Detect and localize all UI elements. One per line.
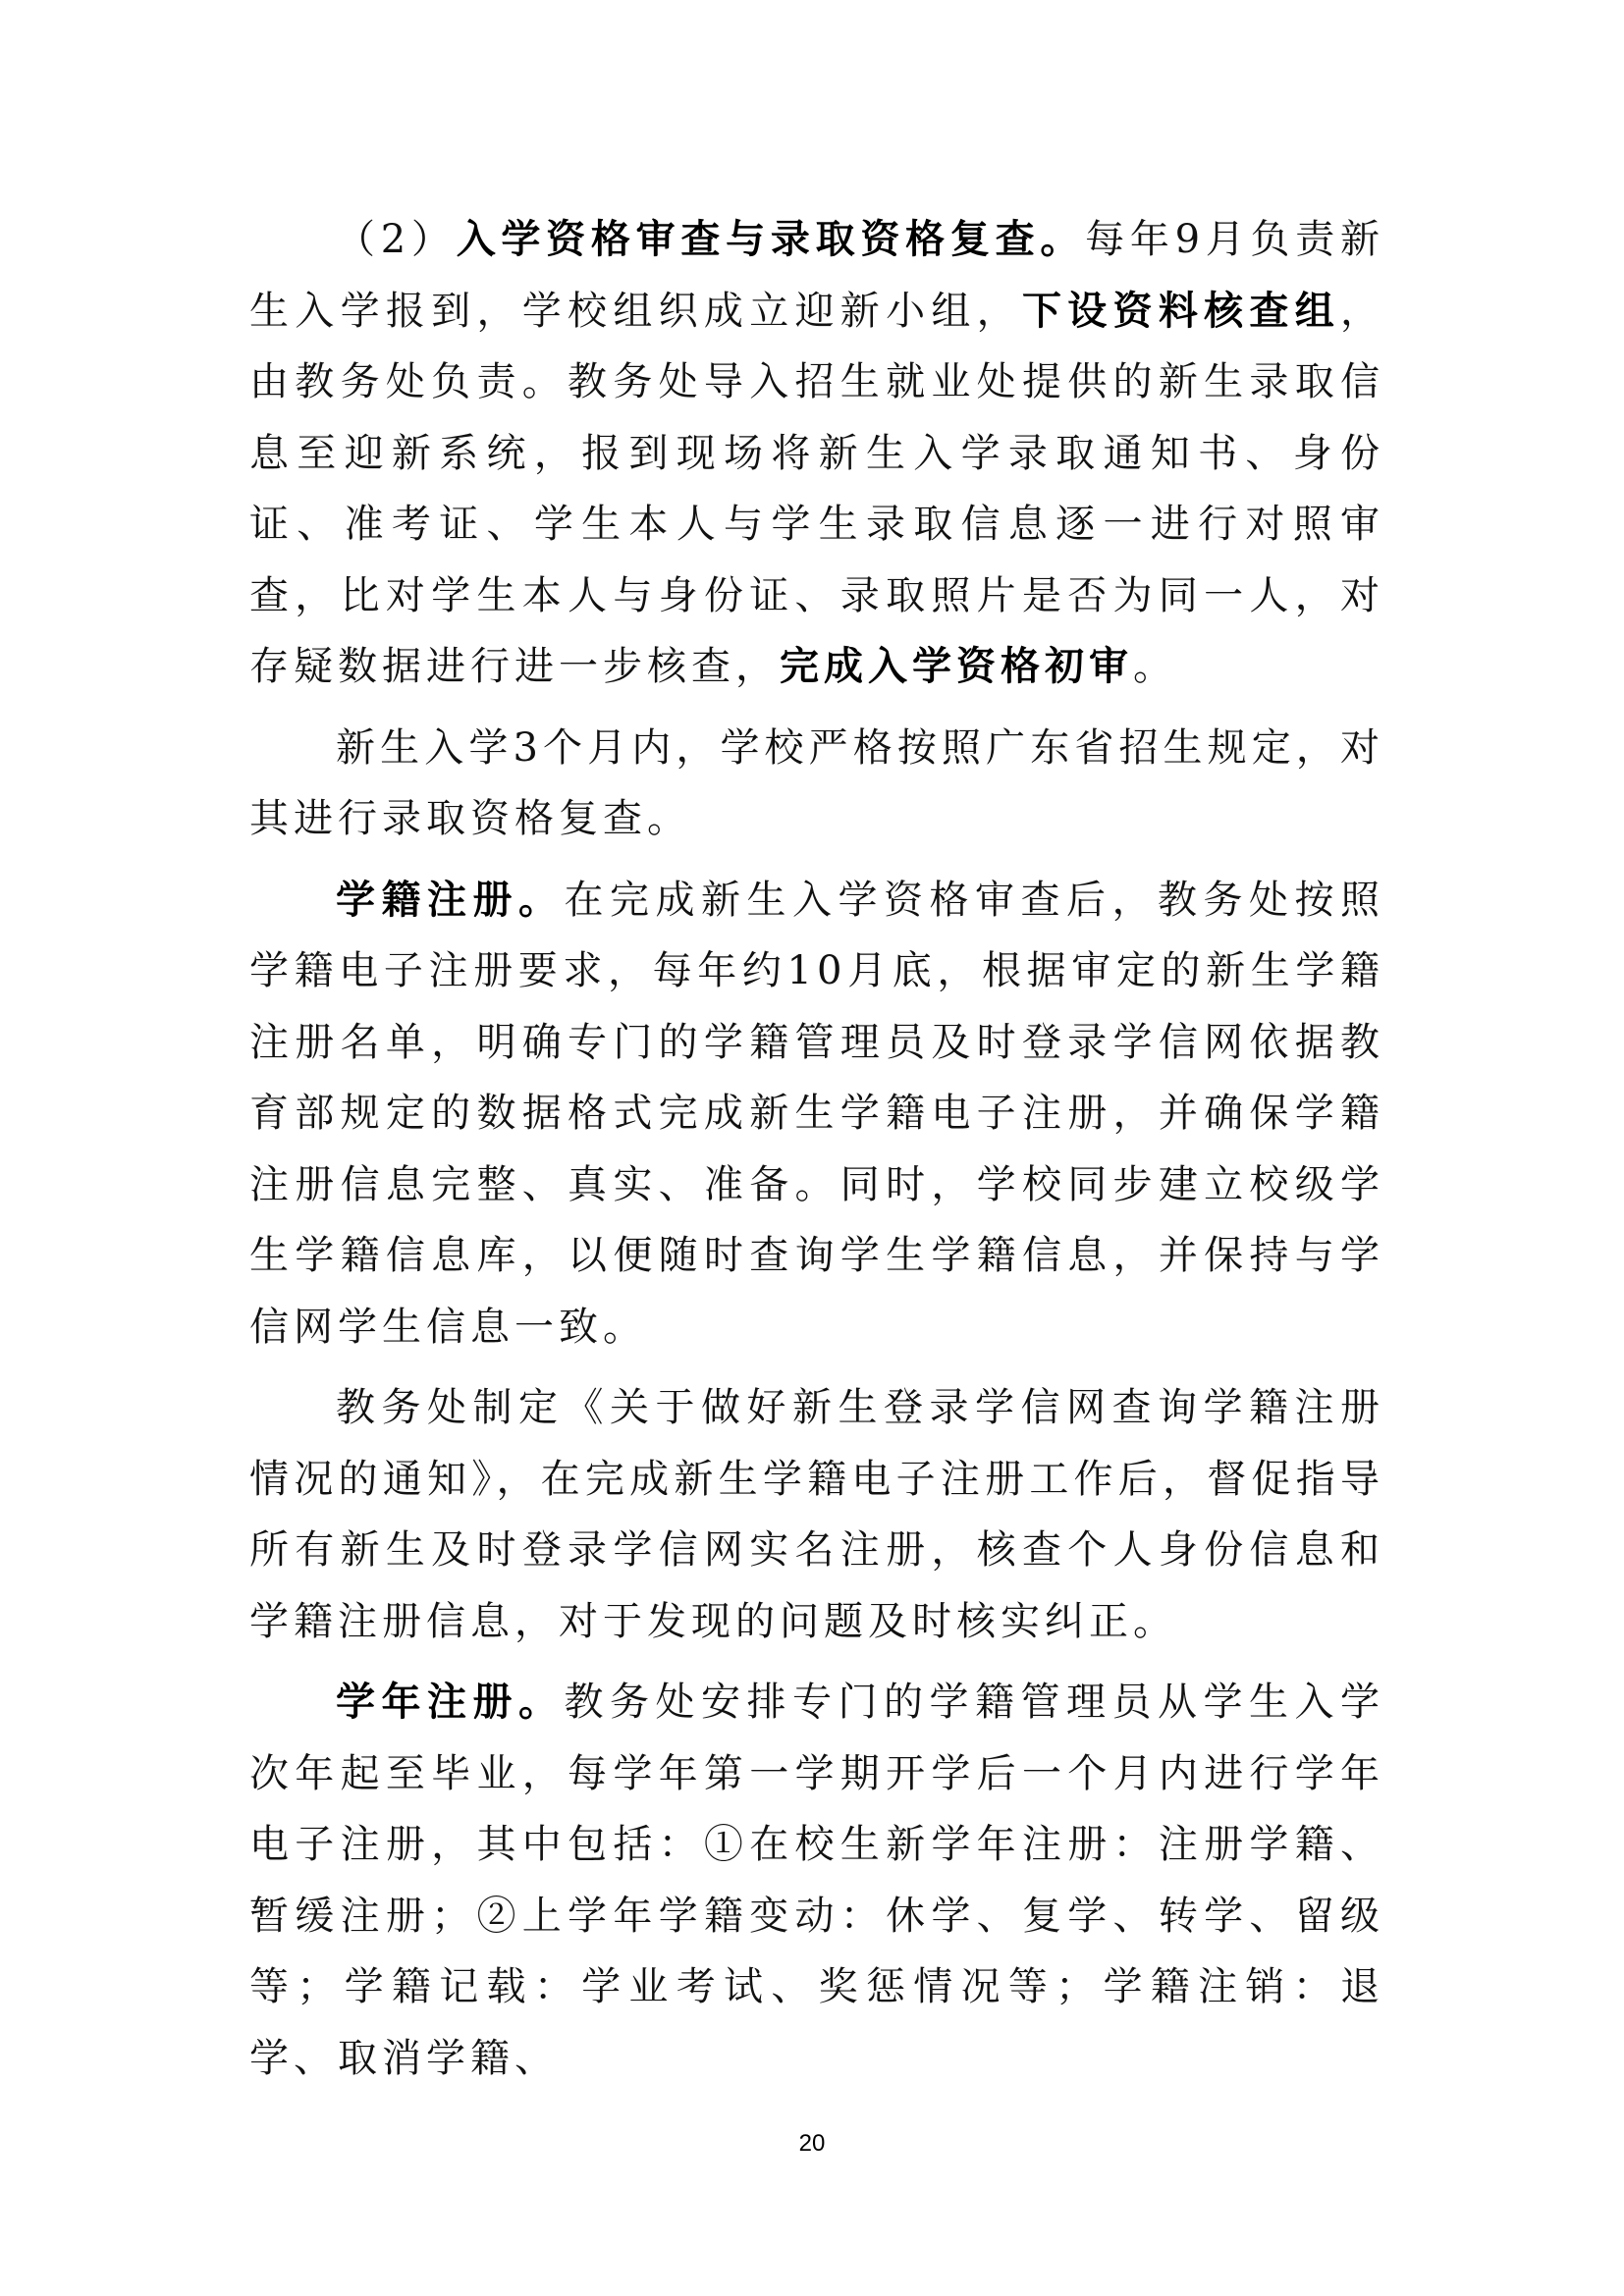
paragraph-enrollment-registration: 学籍注册。在完成新生入学资格审查后，教务处按照学籍电子注册要求，每年约10月底，… bbox=[249, 865, 1384, 1363]
paragraph-gap bbox=[249, 1657, 1384, 1667]
document-body: （2）入学资格审查与录取资格复查。每年9月负责新生入学报到，学校组织成立迎新小组… bbox=[249, 204, 1384, 2094]
text-segment: ，由教务处负责。教务处导入招生就业处提供的新生录取信息至迎新系统，报到现场将新生… bbox=[249, 289, 1384, 690]
text-segment: 教务处制定《关于做好新生登录学信网查询学籍注册情况的通知》，在完成新生学籍电子注… bbox=[249, 1385, 1384, 1644]
heading-enrollment-registration: 学籍注册。 bbox=[336, 878, 565, 923]
paragraph-annual-registration: 学年注册。教务处安排专门的学籍管理员从学生入学次年起至毕业，每学年第一学期开学后… bbox=[249, 1667, 1384, 2094]
paragraph-gap bbox=[249, 703, 1384, 713]
text-segment: 在完成新生入学资格审查后，教务处按照学籍电子注册要求，每年约10月底，根据审定的… bbox=[249, 878, 1384, 1350]
heading-admission-qualification-review: 入学资格审查与录取资格复查。 bbox=[457, 217, 1085, 262]
paragraph-recheck: 新生入学3个月内，学校严格按照广东省招生规定，对其进行录取资格复查。 bbox=[249, 713, 1384, 855]
emphasis-preliminary-review: 完成入学资格初审 bbox=[780, 644, 1133, 689]
paragraph-gap bbox=[249, 855, 1384, 865]
text-segment: 。 bbox=[1133, 644, 1177, 689]
page-number: 20 bbox=[0, 2130, 1624, 2158]
heading-annual-registration: 学年注册。 bbox=[336, 1680, 565, 1725]
paragraph-gap bbox=[249, 1362, 1384, 1372]
emphasis-document-check-group: 下设资料核查组 bbox=[1022, 289, 1340, 334]
text-segment: 新生入学3个月内，学校严格按照广东省招生规定，对其进行录取资格复查。 bbox=[249, 725, 1384, 842]
paragraph-notice: 教务处制定《关于做好新生登录学信网查询学籍注册情况的通知》，在完成新生学籍电子注… bbox=[249, 1372, 1384, 1657]
text-segment: （2） bbox=[336, 217, 457, 262]
paragraph-admission-review: （2）入学资格审查与录取资格复查。每年9月负责新生入学报到，学校组织成立迎新小组… bbox=[249, 204, 1384, 703]
text-segment: 教务处安排专门的学籍管理员从学生入学次年起至毕业，每学年第一学期开学后一个月内进… bbox=[249, 1680, 1384, 2081]
